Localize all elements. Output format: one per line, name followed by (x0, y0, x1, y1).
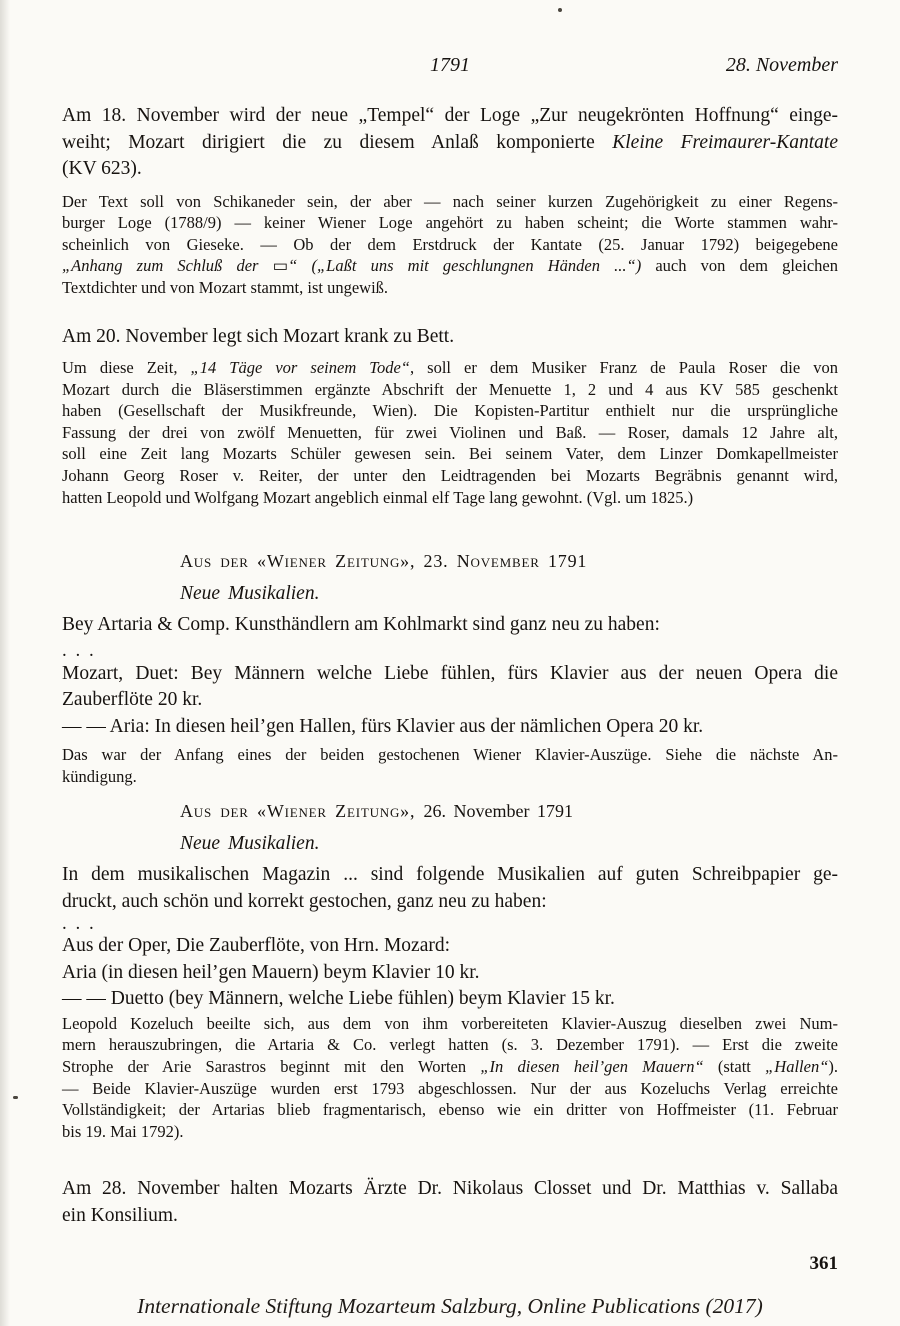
entry-20-november: Am 20. November legt sich Mozart krank z… (62, 324, 838, 351)
text-line: (KV 623). (62, 156, 838, 183)
text-line: burger Loge (1788/9) — keiner Wiener Log… (62, 212, 838, 234)
text-line: Johann Georg Roser v. Reiter, der unter … (62, 465, 838, 487)
entry-18-november: Am 18. November wird der neue „Tempel“ d… (62, 103, 838, 183)
listing-aria-mauern: Aria (in diesen heil’gen Mauern) beym Kl… (62, 960, 838, 987)
publication-footer: Internationale Stiftung Mozarteum Salzbu… (62, 1292, 838, 1320)
text-line: weiht; Mozart dirigiert die zu diesem An… (62, 130, 838, 157)
text-line: haben (Gesellschaft der Musikfreunde, Wi… (62, 400, 838, 422)
text-line: Am 18. November wird der neue „Tempel“ d… (62, 103, 838, 130)
text-line: „Anhang zum Schluß der ▭“ („Laßt uns mit… (62, 255, 838, 277)
text-line: ein Konsilium. (62, 1203, 838, 1230)
text-line: Vollständigkeit; der Artarias blieb frag… (62, 1099, 838, 1121)
text-line: mern herauszubringen, die Artaria & Co. … (62, 1034, 838, 1056)
text-line: bis 19. Mai 1792). (62, 1121, 838, 1143)
running-head: 1791 28. November (62, 0, 838, 78)
commentary-18-november: Der Text soll von Schikaneder sein, der … (62, 191, 838, 299)
text-line: Strophe der Arie Sarastros beginnt mit d… (62, 1056, 838, 1078)
text-line: druckt, auch schön und korrekt gestochen… (62, 889, 838, 916)
listing-duetto-maennern: — — Duetto (bey Männern, welche Liebe fü… (62, 986, 838, 1013)
heading-smallcaps-text: Aus der «Wiener Zeitung», (180, 801, 424, 821)
announcement-intro-23-nov: Bey Artaria & Comp. Kunsthändlern am Koh… (62, 612, 838, 639)
listing-aria-hallen: — — Aria: In diesen heil’gen Hallen, für… (62, 714, 838, 741)
section-heading-wiener-zeitung-26-nov: Aus der «Wiener Zeitung», 26. November 1… (62, 798, 838, 824)
text-line: Der Text soll von Schikaneder sein, der … (62, 191, 838, 213)
text-line: hatten Leopold und Wolfgang Mozart angeb… (62, 487, 838, 509)
text-line: Zauberflöte 20 kr. (62, 687, 838, 714)
book-page: 1791 28. November Am 18. November wird d… (0, 0, 900, 1320)
text-line: In dem musikalischen Magazin ... sind fo… (62, 862, 838, 889)
commentary-23-november: Das war der Anfang eines der beiden gest… (62, 744, 838, 787)
listing-opera-zauberfloete: Aus der Oper, Die Zauberflöte, von Hrn. … (62, 933, 838, 960)
text-line: Fassung der drei von zwölf Menuetten, fü… (62, 422, 838, 444)
text-line: Textdichter und von Mozart stammt, ist u… (62, 277, 838, 299)
text-line: — Beide Klavier-Auszüge wurden erst 1793… (62, 1078, 838, 1100)
section-heading-wiener-zeitung-23-nov: Aus der «Wiener Zeitung», 23. November 1… (62, 548, 838, 574)
text-line: kündigung. (62, 766, 838, 788)
scan-speck (13, 1096, 18, 1099)
page-number: 361 (62, 1251, 838, 1277)
running-head-date: 28. November (579, 52, 838, 78)
entry-28-november: Am 28. November halten Mozarts Ärzte Dr.… (62, 1176, 838, 1229)
ellipsis-line: . . . (62, 641, 838, 661)
ellipsis-line: . . . (62, 915, 838, 933)
text-line: Mozart durch die Bläserstimmen ergänzte … (62, 379, 838, 401)
text-line: Aria (in diesen heil’gen Mauern) beym Kl… (62, 960, 838, 987)
text-line: Leopold Kozeluch beeilte sich, aus dem v… (62, 1013, 838, 1035)
commentary-26-november: Leopold Kozeluch beeilte sich, aus dem v… (62, 1013, 838, 1143)
heading-plain-text: 26. November 1791 (424, 801, 573, 821)
scan-speck (558, 8, 562, 12)
heading-smallcaps-text: Aus der «Wiener Zeitung», 23. November 1… (180, 551, 587, 571)
subheading-neue-musikalien-26-nov: Neue Musikalien. (62, 831, 838, 857)
text-line: Aus der Oper, Die Zauberflöte, von Hrn. … (62, 933, 838, 960)
text-line: Am 28. November halten Mozarts Ärzte Dr.… (62, 1176, 838, 1203)
announcement-intro-26-nov: In dem musikalischen Magazin ... sind fo… (62, 862, 838, 915)
commentary-20-november: Um diese Zeit, „14 Täge vor seinem Tode“… (62, 357, 838, 508)
text-line: Das war der Anfang eines der beiden gest… (62, 744, 838, 766)
text-line: Bey Artaria & Comp. Kunsthändlern am Koh… (62, 612, 838, 639)
text-line: — — Duetto (bey Männern, welche Liebe fü… (62, 986, 838, 1013)
text-line: Mozart, Duet: Bey Männern welche Liebe f… (62, 661, 838, 688)
running-head-year: 1791 (321, 52, 580, 78)
listing-duet-zauberfloete: Mozart, Duet: Bey Männern welche Liebe f… (62, 661, 838, 714)
subheading-neue-musikalien-23-nov: Neue Musikalien. (62, 581, 838, 607)
text-line: soll eine Zeit lang Mozarts Schüler gewe… (62, 443, 838, 465)
text-line: — — Aria: In diesen heil’gen Hallen, für… (62, 714, 838, 741)
text-line: Am 20. November legt sich Mozart krank z… (62, 324, 838, 351)
text-line: scheinlich von Gieseke. — Ob der dem Ers… (62, 234, 838, 256)
text-line: Um diese Zeit, „14 Täge vor seinem Tode“… (62, 357, 838, 379)
scanned-book-page: { "running_head": { "year": "1791", "dat… (0, 0, 900, 1326)
